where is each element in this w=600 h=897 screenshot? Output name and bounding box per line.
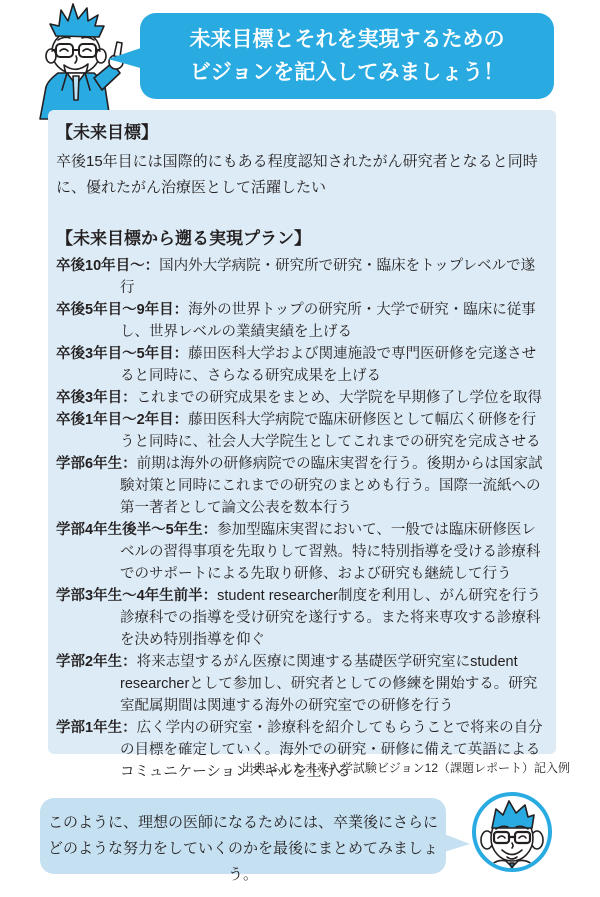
plan-item: 卒後5年目～9年目：海外の世界トップの研究所・大学で研究・臨床に従事し、世界レベ… <box>56 299 548 343</box>
teacher-avatar <box>472 792 552 872</box>
teacher-avatar-icon <box>476 796 548 868</box>
plan-item: 学部6年生：前期は海外の研修病院での臨床実習を行う。後期からは国家試験対策と同時… <box>56 453 548 519</box>
plan-item: 卒後10年目～：国内外大学病院・研究所で研究・臨床をトップレベルで遂行 <box>56 255 548 299</box>
bottom-speech-bubble: このように、理想の医師になるためには、卒業後にさらに どのような努力をしていくの… <box>40 798 446 874</box>
plan-item: 卒後3年目：これまでの研究成果をまとめ、大学院を早期修了し学位を取得 <box>56 387 548 409</box>
plan-item-text: 将来志望するがん医療に関連する基礎医学研究室にstudent researche… <box>120 654 537 714</box>
bottom-bubble-line2: どのような努力をしていくのかを最後にまとめてみましょう。 <box>40 836 446 888</box>
plan-item-label: 卒後10年目～： <box>56 258 159 274</box>
plan-item-text: これまでの研究成果をまとめ、大学院を早期修了し学位を取得 <box>137 390 542 406</box>
plan-item-label: 卒後1年目～2年目： <box>56 412 188 428</box>
page: 未来目標とそれを実現するための ビジョンを記入してみましょう！ 【未来目標】 卒… <box>0 0 600 897</box>
bottom-bubble-line1: このように、理想の医師になるためには、卒業後にさらに <box>40 810 446 836</box>
plan-list: 卒後10年目～：国内外大学病院・研究所で研究・臨床をトップレベルで遂行卒後5年目… <box>56 255 548 783</box>
plan-item-label: 卒後3年目～5年目： <box>56 346 188 362</box>
source-note: 出典:ふじた未来入学試験ビジョン12（課題レポート）記入例 <box>242 760 570 776</box>
plan-heading: 【未来目標から遡る実現プラン】 <box>56 226 548 252</box>
plan-item: 卒後1年目～2年目：藤田医科大学病院で臨床研修医として幅広く研修を行うと同時に、… <box>56 409 548 453</box>
plan-item-text: 前期は海外の研修病院での臨床実習を行う。後期からは国家試験対策と同時にこれまでの… <box>120 456 543 516</box>
bottom-speech-bubble-tail-icon <box>444 834 470 852</box>
top-speech-bubble: 未来目標とそれを実現するための ビジョンを記入してみましょう！ <box>140 13 554 99</box>
plan-item-text: 国内外大学病院・研究所で研究・臨床をトップレベルで遂行 <box>120 258 535 296</box>
plan-item-label: 学部3年生～4年生前半： <box>56 588 217 604</box>
plan-item: 学部2年生：将来志望するがん医療に関連する基礎医学研究室にstudent res… <box>56 651 548 717</box>
plan-item-label: 卒後5年目～9年目： <box>56 302 188 318</box>
plan-item-label: 学部6年生： <box>56 456 137 472</box>
plan-item: 学部3年生～4年生前半：student researcher制度を利用し、がん研… <box>56 585 548 651</box>
goal-heading: 【未来目標】 <box>56 120 548 146</box>
goal-panel: 【未来目標】 卒後15年目には国際的にもある程度認知されたがん研究者となると同時… <box>48 110 556 754</box>
plan-item-label: 学部4年生後半～5年生： <box>56 522 217 538</box>
top-speech-bubble-tail-icon <box>108 47 144 69</box>
plan-item-label: 学部2年生： <box>56 654 137 670</box>
goal-text: 卒後15年目には国際的にもある程度認知されたがん研究者となると同時に、優れたがん… <box>56 149 548 201</box>
top-bubble-line2: ビジョンを記入してみましょう！ <box>140 56 554 89</box>
plan-item-label: 学部1年生： <box>56 720 137 736</box>
plan-item: 学部4年生後半～5年生：参加型臨床実習において、一般では臨床研修医レベルの習得事… <box>56 519 548 585</box>
plan-item: 卒後3年目～5年目：藤田医科大学および関連施設で専門医研修を完遂させると同時に、… <box>56 343 548 387</box>
plan-item-label: 卒後3年目： <box>56 390 137 406</box>
top-bubble-line1: 未来目標とそれを実現するための <box>140 23 554 56</box>
